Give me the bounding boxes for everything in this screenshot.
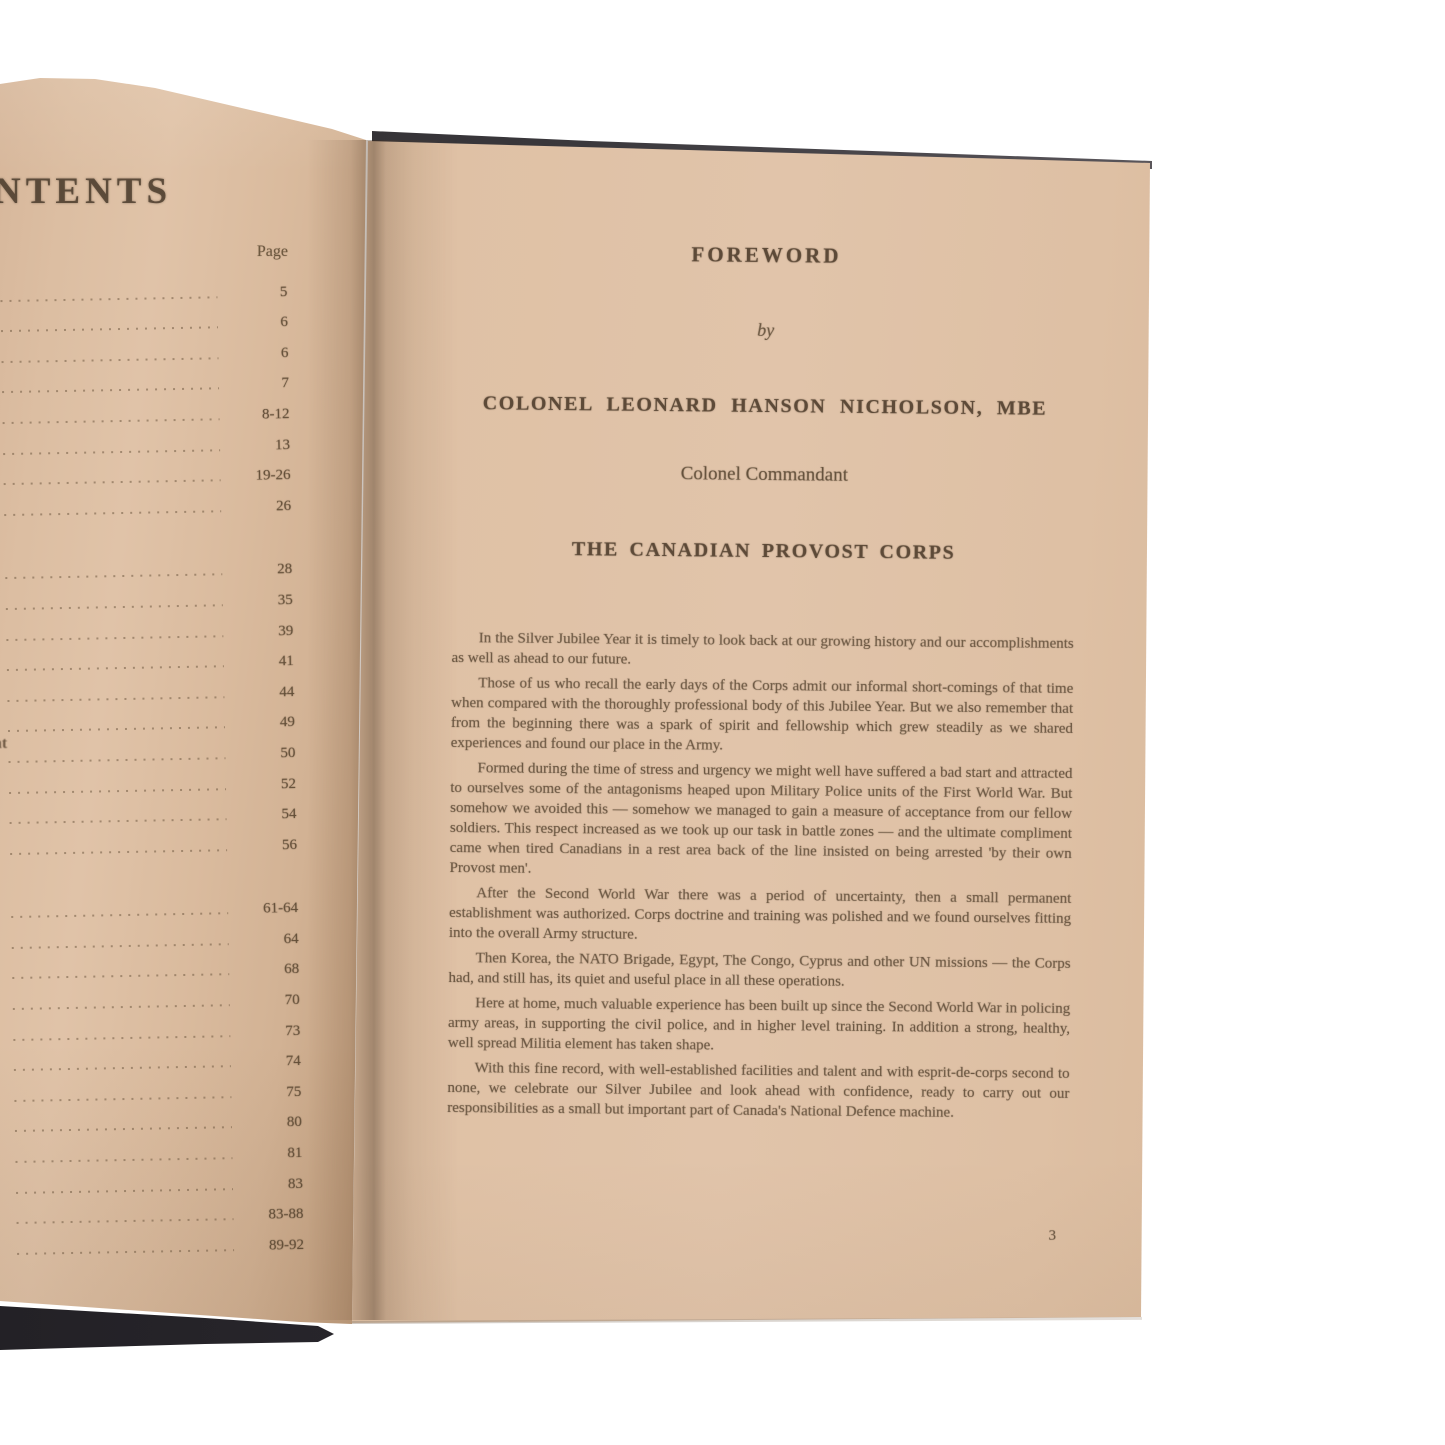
toc-dotted-leader (7, 696, 224, 702)
toc-page-column-header: Page (0, 243, 288, 261)
foreword-paragraph: After the Second World War there was a p… (449, 883, 1072, 949)
toc-page-number: 13 (234, 435, 290, 456)
toc-row: 83 (16, 1163, 308, 1199)
toc-dotted-leader (9, 788, 226, 794)
toc-dotted-leader (2, 388, 219, 394)
toc-dotted-leader (4, 510, 221, 516)
toc-page-number: 81 (246, 1143, 302, 1164)
toc-row: 89-92 (17, 1224, 309, 1260)
toc-dotted-leader (5, 574, 222, 580)
toc-row: 50 (8, 732, 300, 768)
foreword-paragraph: Those of us who recall the early days of… (451, 673, 1074, 759)
toc-dotted-leader (9, 757, 226, 763)
toc-row: 5 (0, 271, 292, 307)
toc-dotted-leader (3, 449, 220, 455)
toc-row: 6 (1, 302, 293, 338)
toc-dotted-leader (12, 974, 229, 980)
toc-dotted-leader (12, 943, 229, 949)
toc-dotted-leader (11, 912, 228, 918)
toc-row: 26 (4, 485, 296, 521)
toc-page-number: 80 (246, 1112, 302, 1133)
foreword-paragraph: Here at home, much valuable experience h… (448, 993, 1071, 1059)
toc-page-number: 74 (245, 1051, 301, 1072)
toc-row: 13 (3, 424, 295, 460)
toc-dotted-leader (13, 1035, 230, 1041)
toc-page-number: 7 (233, 373, 289, 394)
toc-row: 6 (1, 332, 293, 368)
toc-row: 49 (8, 702, 300, 738)
toc-dotted-leader (13, 1004, 230, 1010)
toc-row: 61-64 (11, 888, 303, 924)
foreword-paragraph: In the Silver Jubilee Year it is timely … (451, 628, 1073, 674)
toc-row: 80 (15, 1102, 307, 1138)
toc-page-number: 39 (237, 621, 293, 642)
toc-page-number: 73 (244, 1021, 300, 1042)
toc-page-number: 64 (242, 929, 298, 950)
foreword-paragraph: With this fine record, with well-establi… (447, 1058, 1070, 1124)
toc-dotted-leader (1, 326, 218, 332)
toc-dotted-leader (2, 357, 219, 363)
toc-row: 73 (13, 1010, 305, 1046)
toc-page-number: 8-12 (233, 404, 289, 425)
toc-row: 74 (13, 1041, 305, 1077)
toc-row: 28 (5, 549, 297, 585)
toc-page-number: 44 (238, 682, 294, 703)
toc-row: 39 (6, 610, 298, 646)
toc-page-number: 28 (236, 559, 292, 580)
toc-row: 64 (11, 918, 303, 954)
toc-list: 56678-121319-26262835394144495052545661-… (0, 271, 309, 1260)
toc-page-number: 54 (240, 804, 296, 825)
toc-dotted-leader (14, 1096, 231, 1102)
toc-page-number: 49 (239, 712, 295, 733)
toc-row: 56 (10, 824, 302, 860)
toc-row: 52 (9, 763, 301, 799)
toc-page-number: 75 (245, 1082, 301, 1103)
page-number: 3 (986, 1227, 1056, 1245)
toc-page-number: 70 (244, 990, 300, 1011)
toc-row: 75 (14, 1071, 306, 1107)
toc-dotted-leader (0, 296, 217, 302)
toc-dotted-leader (14, 1065, 231, 1071)
toc-dotted-leader (17, 1249, 234, 1255)
toc-dotted-leader (8, 727, 225, 733)
toc-page-number: 19-26 (234, 465, 290, 486)
toc-row: 8-12 (2, 393, 294, 429)
toc-page-number: 56 (241, 835, 297, 856)
toc-dotted-leader (6, 635, 223, 641)
toc-row: 70 (12, 979, 304, 1015)
foreword-body: In the Silver Jubilee Year it is timely … (447, 628, 1074, 1129)
toc-dotted-leader (10, 818, 227, 824)
toc-row: 81 (15, 1132, 307, 1168)
foreword-paragraph: Then Korea, the NATO Brigade, Egypt, The… (448, 948, 1070, 994)
toc-page-number: 68 (243, 959, 299, 980)
toc-page-number: 52 (240, 774, 296, 795)
toc-page-number: 83-88 (247, 1204, 303, 1225)
toc-page-number: 61-64 (242, 898, 298, 919)
toc-row: 44 (7, 671, 299, 707)
toc-page-number: 50 (239, 743, 295, 764)
toc-dotted-leader (16, 1188, 233, 1194)
toc-page-number: 6 (232, 312, 288, 333)
toc-row: 19-26 (3, 455, 295, 491)
toc-dotted-leader (17, 1218, 234, 1224)
toc-page-number: 26 (235, 496, 291, 517)
toc-row: 83-88 (16, 1193, 308, 1229)
toc-dotted-leader (6, 604, 223, 610)
toc-dotted-leader (4, 479, 221, 485)
toc-page-number: 83 (247, 1174, 303, 1195)
book-photo: NTENTS Page 56678-121319-262628353941444… (0, 0, 1445, 1445)
toc-dotted-leader (7, 665, 224, 671)
toc-page-number: 5 (231, 282, 287, 303)
left-page-contents: NTENTS Page 56678-121319-262628353941444… (0, 0, 372, 1445)
foreword-paragraph: Formed during the time of stress and urg… (449, 758, 1072, 884)
toc-page-number: 35 (237, 590, 293, 611)
toc-dotted-leader (3, 418, 220, 424)
toc-page-number: 89-92 (248, 1235, 304, 1256)
foreword-text-block: FOREWORD by COLONEL LEONARD HANSON NICHO… (458, 0, 1080, 6)
toc-page-number: 6 (232, 343, 288, 364)
toc-page-number: 41 (238, 651, 294, 672)
toc-dotted-leader (10, 849, 227, 855)
contents-heading: NTENTS (0, 170, 172, 213)
toc-dotted-leader (15, 1157, 232, 1163)
toc-section-gap (10, 855, 303, 893)
toc-row: 7 (2, 363, 294, 399)
toc-section-gap (4, 516, 297, 554)
toc-cropped-text-fragment: nt (0, 735, 11, 753)
toc-row: 35 (5, 579, 297, 615)
toc-dotted-leader (15, 1127, 232, 1133)
toc-row: 68 (12, 949, 304, 985)
toc-row: 54 (9, 793, 301, 829)
toc-row: 41 (6, 640, 298, 676)
